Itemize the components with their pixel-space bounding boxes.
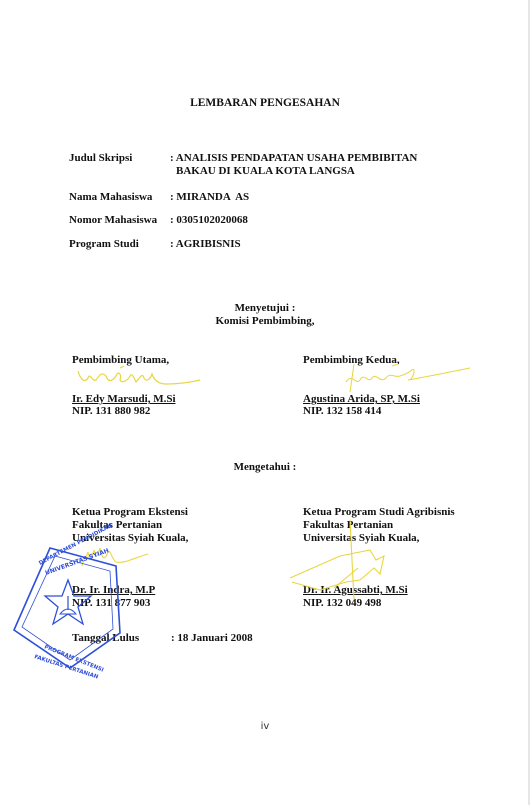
supervisor2-nip: NIP. 132 158 414 bbox=[303, 405, 381, 418]
acknowledge-heading: Mengetahui : bbox=[0, 461, 530, 474]
head1-role-line2: Fakultas Pertanian bbox=[72, 519, 162, 532]
field-label-nomor: Nomor Mahasiswa bbox=[69, 214, 157, 227]
field-value-nomor: : 0305102020068 bbox=[170, 214, 248, 227]
field-value-prodi: : AGRIBISNIS bbox=[170, 238, 241, 251]
svg-text:FAKULTAS PERTANIAN: FAKULTAS PERTANIAN bbox=[33, 654, 99, 681]
head2-name: Dr. Ir. Agussabti, M.Si bbox=[303, 584, 408, 597]
supervisor1-role: Pembimbing Utama, bbox=[72, 354, 169, 367]
supervisor2-role: Pembimbing Kedua, bbox=[303, 354, 400, 367]
field-label-prodi: Program Studi bbox=[69, 238, 139, 251]
signature-supervisor1 bbox=[78, 366, 200, 384]
field-value-judul-line2: BAKAU DI KUALA KOTA LANGSA bbox=[176, 165, 355, 178]
head1-name: Dr. Ir. Indra, M.P bbox=[72, 584, 155, 597]
field-value-nama: : MIRANDA AS bbox=[170, 191, 249, 204]
supervisor1-nip: NIP. 131 880 982 bbox=[72, 405, 150, 418]
svg-text:UNIVERSITAS SYIAH: UNIVERSITAS SYIAH bbox=[44, 547, 110, 577]
head2-role-line1: Ketua Program Studi Agribisnis bbox=[303, 506, 455, 519]
head1-role-line1: Ketua Program Ekstensi bbox=[72, 506, 188, 519]
field-label-judul: Judul Skripsi bbox=[69, 152, 132, 165]
head1-role-line3: Universitas Syiah Kuala, bbox=[72, 532, 188, 545]
signature-supervisor2 bbox=[346, 364, 470, 392]
graduation-label: Tanggal Lulus bbox=[72, 632, 139, 645]
graduation-date: : 18 Januari 2008 bbox=[171, 632, 253, 645]
page-title: LEMBARAN PENGESAHAN bbox=[0, 97, 530, 109]
page-number: iv bbox=[0, 721, 530, 732]
approval-subheading: Komisi Pembimbing, bbox=[0, 315, 530, 328]
head2-role-line3: Universitas Syiah Kuala, bbox=[303, 532, 419, 545]
approval-heading: Menyetujui : bbox=[0, 302, 530, 315]
field-label-nama: Nama Mahasiswa bbox=[69, 191, 152, 204]
svg-text:PROGRAM EKSTENSI: PROGRAM EKSTENSI bbox=[43, 644, 104, 673]
head1-nip: NIP. 131 877 903 bbox=[72, 597, 150, 610]
head2-role-line2: Fakultas Pertanian bbox=[303, 519, 393, 532]
head2-nip: NIP. 132 049 498 bbox=[303, 597, 381, 610]
field-value-judul-line1: : ANALISIS PENDAPATAN USAHA PEMBIBITAN bbox=[170, 152, 417, 165]
signature-head1 bbox=[82, 548, 148, 566]
